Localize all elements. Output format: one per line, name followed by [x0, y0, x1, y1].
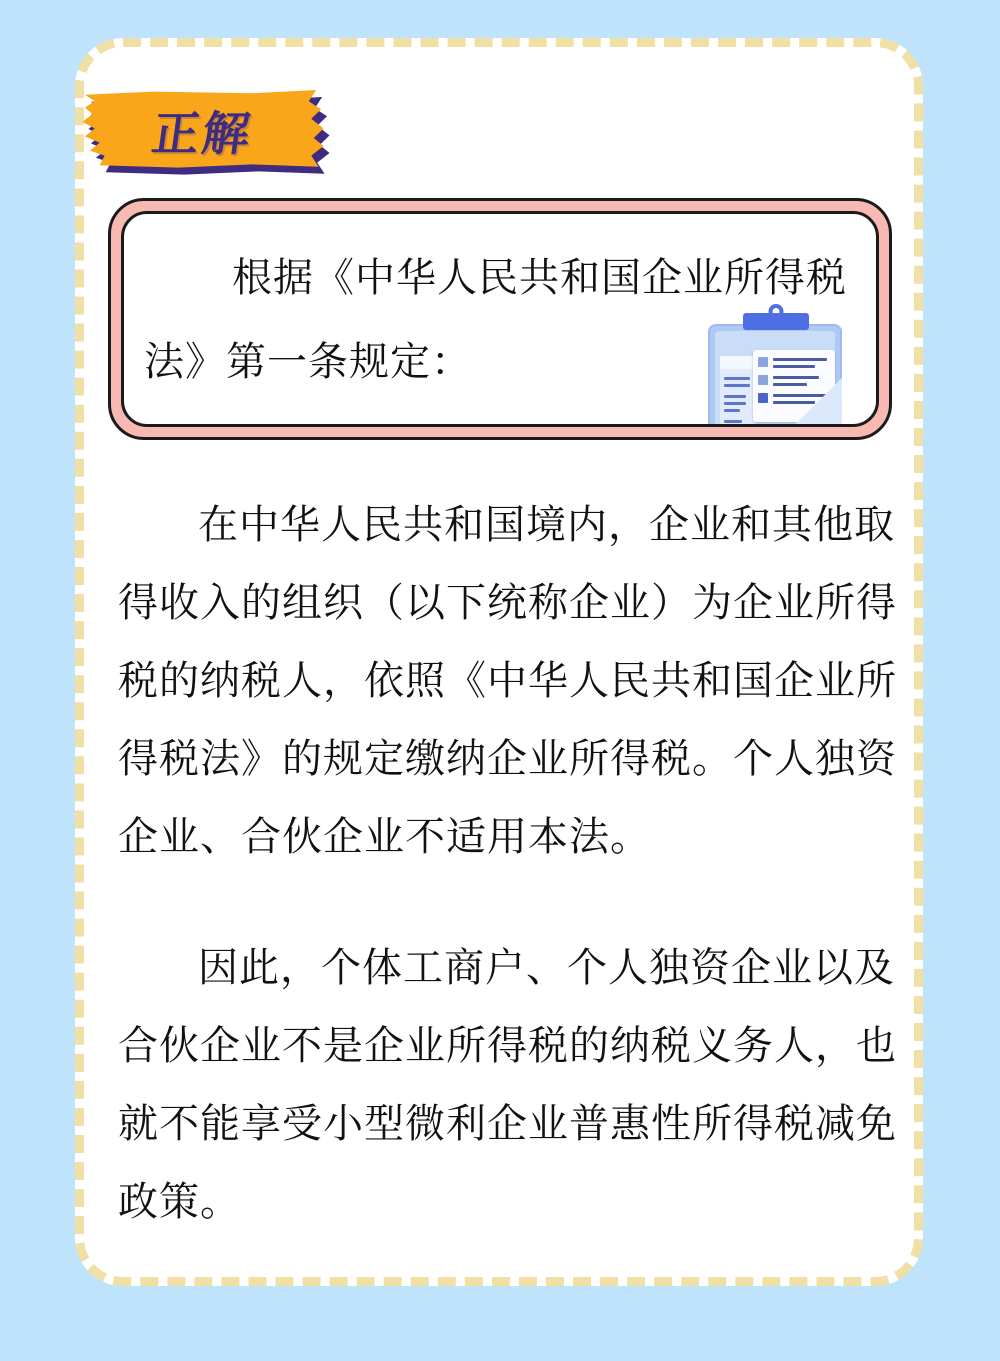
checkbox-checked-icon [758, 393, 768, 403]
paragraph-line: 得收入的组织（以下统称企业）为企业所得 [118, 564, 908, 642]
clipboard-sidebar-lines [724, 420, 752, 427]
clipboard-sidebar-lines [724, 377, 752, 387]
paragraph-conclusion: 因此，个体工商户、个人独资企业以及 合伙企业不是企业所得税的纳税义务人，也 就不… [118, 929, 908, 1241]
sidebar-line [724, 377, 750, 380]
quote-box-inner: 根据《中华人民共和国企业所得税 法》第一条规定： [121, 211, 879, 427]
paragraph-tax-law: 在中华人民共和国境内，企业和其他取 得收入的组织（以下统称企业）为企业所得 税的… [118, 486, 908, 876]
paragraph-line: 得税法》的规定缴纳企业所得税。个人独资 [118, 720, 908, 798]
text-line [773, 358, 827, 361]
tape-ribbon-shape: 正解 [80, 90, 326, 170]
quote-box: 根据《中华人民共和国企业所得税 法》第一条规定： [108, 198, 892, 440]
checkbox-icon [758, 357, 768, 367]
clipboard-corner-fold [794, 378, 842, 426]
paragraph-line: 合伙企业不是企业所得税的纳税义务人，也 [118, 1007, 908, 1085]
paragraph-line: 就不能享受小型微利企业普惠性所得税减免 [118, 1085, 908, 1163]
sidebar-line [724, 420, 742, 423]
infographic-page: 正解 根据《中华人民共和国企业所得税 法》第一条规定： [0, 0, 1000, 1361]
clipboard-board [708, 324, 842, 426]
checklist-row-lines [773, 357, 827, 368]
clipboard-checklist-icon [706, 304, 846, 426]
sidebar-line [724, 384, 750, 387]
sidebar-line [724, 409, 740, 412]
paragraph-line: 在中华人民共和国境内，企业和其他取 [118, 486, 908, 564]
text-line [773, 365, 815, 368]
clipboard-sidebar-strip [720, 356, 756, 369]
sidebar-line [724, 402, 746, 405]
answer-badge: 正解 [80, 90, 326, 170]
answer-badge-label: 正解 [148, 97, 257, 164]
clipboard-sidebar [720, 356, 756, 427]
checklist-row [758, 357, 830, 368]
checkbox-icon [758, 375, 768, 385]
clipboard-sidebar-lines [724, 395, 752, 412]
clipboard-clip-icon [743, 313, 809, 330]
sidebar-line [724, 395, 746, 398]
paragraph-line: 税的纳税人，依照《中华人民共和国企业所 [118, 642, 908, 720]
paragraph-line: 政策。 [118, 1163, 908, 1241]
paragraph-line: 因此，个体工商户、个人独资企业以及 [118, 929, 908, 1007]
paragraph-line: 企业、合伙企业不适用本法。 [118, 798, 908, 876]
